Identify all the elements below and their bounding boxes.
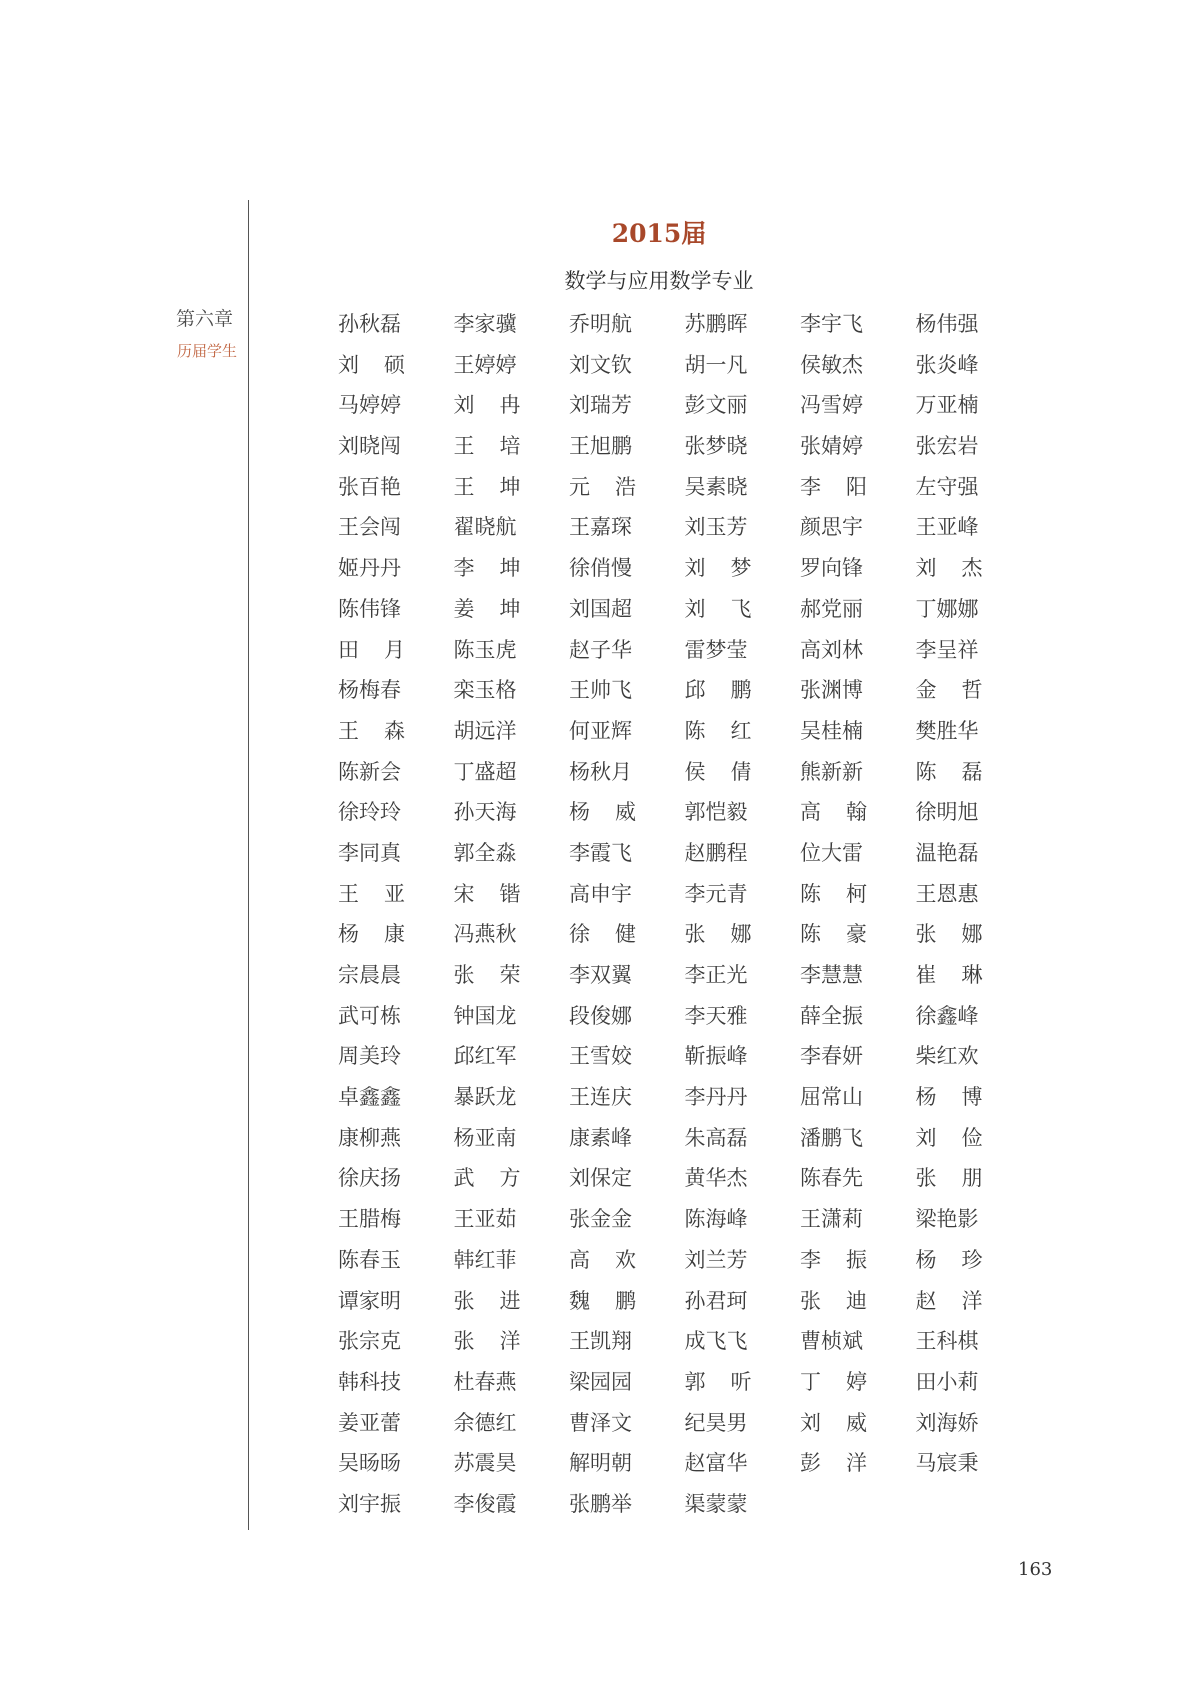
student-name: 颜思宇 bbox=[800, 512, 867, 553]
student-name: 张百艳 bbox=[338, 472, 405, 513]
student-name: 高翰 bbox=[800, 797, 867, 838]
student-name: 何亚辉 bbox=[569, 716, 636, 757]
student-name: 钟国龙 bbox=[454, 1001, 521, 1042]
student-name: 位大雷 bbox=[800, 838, 867, 879]
student-name: 杨梅春 bbox=[338, 675, 405, 716]
student-name: 李正光 bbox=[685, 960, 752, 1001]
student-name: 李家骥 bbox=[454, 309, 521, 350]
student-name: 李坤 bbox=[454, 553, 521, 594]
student-name: 宋锴 bbox=[454, 879, 521, 920]
student-name: 孙天海 bbox=[454, 797, 521, 838]
student-name: 崔琳 bbox=[916, 960, 983, 1001]
student-name: 陈玉虎 bbox=[454, 635, 521, 676]
student-name: 赵子华 bbox=[569, 635, 636, 676]
student-name: 李天雅 bbox=[685, 1001, 752, 1042]
student-name: 刘威 bbox=[800, 1408, 867, 1449]
student-name: 杜春燕 bbox=[454, 1367, 521, 1408]
student-name: 徐庆扬 bbox=[338, 1163, 405, 1204]
student-name: 乔明航 bbox=[569, 309, 636, 350]
student-name: 张炎峰 bbox=[916, 350, 983, 391]
student-name: 卓鑫鑫 bbox=[338, 1082, 405, 1123]
student-name: 李双翼 bbox=[569, 960, 636, 1001]
student-name: 杨博 bbox=[916, 1082, 983, 1123]
student-name: 徐俏慢 bbox=[569, 553, 636, 594]
chapter-label: 第六章 bbox=[176, 304, 244, 331]
student-name: 邱红军 bbox=[454, 1041, 521, 1082]
student-name: 张宏岩 bbox=[916, 431, 983, 472]
student-name: 温艳磊 bbox=[916, 838, 983, 879]
student-name: 李丹丹 bbox=[685, 1082, 752, 1123]
student-name: 侯倩 bbox=[685, 757, 752, 798]
student-name: 张娜 bbox=[916, 919, 983, 960]
student-name: 王森 bbox=[338, 716, 405, 757]
student-name: 李阳 bbox=[800, 472, 867, 513]
student-name: 康柳燕 bbox=[338, 1123, 405, 1164]
student-name: 刘宇振 bbox=[338, 1489, 405, 1530]
student-name: 邱鹏 bbox=[685, 675, 752, 716]
student-name: 王亚茹 bbox=[454, 1204, 521, 1245]
major-subtitle: 数学与应用数学专业 bbox=[0, 265, 1190, 295]
student-name-list: 孙秋磊李家骥乔明航苏鹏晖李宇飞杨伟强刘硕王婷婷刘文钦胡一凡侯敏杰张炎峰马婷婷刘冉… bbox=[338, 309, 1031, 1530]
student-name: 薛全振 bbox=[800, 1001, 867, 1042]
student-name: 罗向锋 bbox=[800, 553, 867, 594]
student-name: 徐玲玲 bbox=[338, 797, 405, 838]
student-name: 田小莉 bbox=[916, 1367, 983, 1408]
student-name: 黄华杰 bbox=[685, 1163, 752, 1204]
student-name: 李霞飞 bbox=[569, 838, 636, 879]
student-name: 胡远洋 bbox=[454, 716, 521, 757]
student-name: 刘海娇 bbox=[916, 1408, 983, 1449]
student-name: 姜坤 bbox=[454, 594, 521, 635]
student-name: 刘飞 bbox=[685, 594, 752, 635]
margin-rule bbox=[248, 200, 249, 1530]
student-name: 胡一凡 bbox=[685, 350, 752, 391]
student-name: 吴旸旸 bbox=[338, 1448, 405, 1489]
student-name: 郭恺毅 bbox=[685, 797, 752, 838]
student-name: 屈常山 bbox=[800, 1082, 867, 1123]
page-number: 163 bbox=[1018, 1559, 1052, 1580]
student-name: 成飞飞 bbox=[685, 1326, 752, 1367]
student-name: 张宗克 bbox=[338, 1326, 405, 1367]
student-name: 宗晨晨 bbox=[338, 960, 405, 1001]
student-name: 柴红欢 bbox=[916, 1041, 983, 1082]
student-name: 曹桢斌 bbox=[800, 1326, 867, 1367]
student-name: 张洋 bbox=[454, 1326, 521, 1367]
student-name: 苏震昊 bbox=[454, 1448, 521, 1489]
student-name: 武方 bbox=[454, 1163, 521, 1204]
student-name: 姜亚蕾 bbox=[338, 1408, 405, 1449]
student-name: 杨康 bbox=[338, 919, 405, 960]
student-name: 陈新会 bbox=[338, 757, 405, 798]
student-name: 苏鹏晖 bbox=[685, 309, 752, 350]
student-name: 万亚楠 bbox=[916, 390, 983, 431]
student-name: 杨珍 bbox=[916, 1245, 983, 1286]
student-name: 李同真 bbox=[338, 838, 405, 879]
student-name: 王腊梅 bbox=[338, 1204, 405, 1245]
student-name: 王婷婷 bbox=[454, 350, 521, 391]
student-name: 梁艳影 bbox=[916, 1204, 983, 1245]
student-name: 余德红 bbox=[454, 1408, 521, 1449]
student-name: 刘保定 bbox=[569, 1163, 636, 1204]
student-name: 刘兰芳 bbox=[685, 1245, 752, 1286]
student-name: 陈海峰 bbox=[685, 1204, 752, 1245]
student-name: 王潇莉 bbox=[800, 1204, 867, 1245]
student-name: 张婧婷 bbox=[800, 431, 867, 472]
student-name: 王会闯 bbox=[338, 512, 405, 553]
student-name: 王科棋 bbox=[916, 1326, 983, 1367]
student-name: 王嘉琛 bbox=[569, 512, 636, 553]
student-name: 冯雪婷 bbox=[800, 390, 867, 431]
student-name: 刘梦 bbox=[685, 553, 752, 594]
page-title: 2015届 bbox=[0, 214, 1190, 250]
student-name: 赵鹏程 bbox=[685, 838, 752, 879]
student-name: 郝党丽 bbox=[800, 594, 867, 635]
student-name: 李呈祥 bbox=[916, 635, 983, 676]
student-name: 樊胜华 bbox=[916, 716, 983, 757]
student-name: 马婷婷 bbox=[338, 390, 405, 431]
student-name: 刘俭 bbox=[916, 1123, 983, 1164]
student-name: 高刘林 bbox=[800, 635, 867, 676]
student-name: 元浩 bbox=[569, 472, 636, 513]
student-name: 康素峰 bbox=[569, 1123, 636, 1164]
student-name: 刘晓闯 bbox=[338, 431, 405, 472]
student-name: 武可栋 bbox=[338, 1001, 405, 1042]
student-name: 陈红 bbox=[685, 716, 752, 757]
student-name: 马宸秉 bbox=[916, 1448, 983, 1489]
student-name: 赵富华 bbox=[685, 1448, 752, 1489]
student-name: 金哲 bbox=[916, 675, 983, 716]
student-name: 纪昊男 bbox=[685, 1408, 752, 1449]
student-name: 刘瑞芳 bbox=[569, 390, 636, 431]
student-name: 刘冉 bbox=[454, 390, 521, 431]
student-name: 雷梦莹 bbox=[685, 635, 752, 676]
student-name: 王恩惠 bbox=[916, 879, 983, 920]
student-name: 李宇飞 bbox=[800, 309, 867, 350]
student-name: 高申宇 bbox=[569, 879, 636, 920]
student-name: 徐鑫峰 bbox=[916, 1001, 983, 1042]
student-name: 王亚峰 bbox=[916, 512, 983, 553]
student-name: 张娜 bbox=[685, 919, 752, 960]
student-name: 赵洋 bbox=[916, 1286, 983, 1327]
student-name: 张迪 bbox=[800, 1286, 867, 1327]
student-name: 渠蒙蒙 bbox=[685, 1489, 752, 1530]
student-name: 谭家明 bbox=[338, 1286, 405, 1327]
student-name: 王凯翔 bbox=[569, 1326, 636, 1367]
student-name: 王连庆 bbox=[569, 1082, 636, 1123]
student-name: 曹泽文 bbox=[569, 1408, 636, 1449]
student-name: 刘玉芳 bbox=[685, 512, 752, 553]
student-name: 梁园园 bbox=[569, 1367, 636, 1408]
student-name: 李慧慧 bbox=[800, 960, 867, 1001]
student-name: 靳振峰 bbox=[685, 1041, 752, 1082]
student-name: 孙君珂 bbox=[685, 1286, 752, 1327]
student-name: 郭听 bbox=[685, 1367, 752, 1408]
student-name: 李俊霞 bbox=[454, 1489, 521, 1530]
student-name: 段俊娜 bbox=[569, 1001, 636, 1042]
student-name: 刘文钦 bbox=[569, 350, 636, 391]
student-name: 暴跃龙 bbox=[454, 1082, 521, 1123]
student-name: 张渊博 bbox=[800, 675, 867, 716]
student-name: 彭文丽 bbox=[685, 390, 752, 431]
student-name: 王坤 bbox=[454, 472, 521, 513]
student-name: 侯敏杰 bbox=[800, 350, 867, 391]
student-name: 张荣 bbox=[454, 960, 521, 1001]
student-name: 李春妍 bbox=[800, 1041, 867, 1082]
student-name: 刘国超 bbox=[569, 594, 636, 635]
student-name: 王培 bbox=[454, 431, 521, 472]
student-name: 冯燕秋 bbox=[454, 919, 521, 960]
student-name: 刘杰 bbox=[916, 553, 983, 594]
student-name: 潘鹏飞 bbox=[800, 1123, 867, 1164]
student-name: 高欢 bbox=[569, 1245, 636, 1286]
student-name: 姬丹丹 bbox=[338, 553, 405, 594]
student-name: 左守强 bbox=[916, 472, 983, 513]
student-name: 张鹏举 bbox=[569, 1489, 636, 1530]
student-name: 陈春先 bbox=[800, 1163, 867, 1204]
student-name: 王帅飞 bbox=[569, 675, 636, 716]
student-name: 陈磊 bbox=[916, 757, 983, 798]
student-name: 解明朝 bbox=[569, 1448, 636, 1489]
student-name: 吴桂楠 bbox=[800, 716, 867, 757]
student-name: 吴素晓 bbox=[685, 472, 752, 513]
student-name: 丁盛超 bbox=[454, 757, 521, 798]
student-name: 张梦晓 bbox=[685, 431, 752, 472]
student-name: 陈伟锋 bbox=[338, 594, 405, 635]
student-name: 杨秋月 bbox=[569, 757, 636, 798]
section-label: 历届学生 bbox=[177, 340, 245, 361]
student-name: 翟晓航 bbox=[454, 512, 521, 553]
student-name: 周美玲 bbox=[338, 1041, 405, 1082]
student-name: 杨伟强 bbox=[916, 309, 983, 350]
student-name: 栾玉格 bbox=[454, 675, 521, 716]
student-name: 田月 bbox=[338, 635, 405, 676]
student-name: 杨威 bbox=[569, 797, 636, 838]
student-name: 彭洋 bbox=[800, 1448, 867, 1489]
student-name: 徐健 bbox=[569, 919, 636, 960]
student-name: 王亚 bbox=[338, 879, 405, 920]
student-name: 李元青 bbox=[685, 879, 752, 920]
student-name: 陈柯 bbox=[800, 879, 867, 920]
student-name: 王雪姣 bbox=[569, 1041, 636, 1082]
student-name: 李振 bbox=[800, 1245, 867, 1286]
student-name: 熊新新 bbox=[800, 757, 867, 798]
student-name: 郭全淼 bbox=[454, 838, 521, 879]
student-name: 魏鹏 bbox=[569, 1286, 636, 1327]
student-name: 王旭鹏 bbox=[569, 431, 636, 472]
student-name: 韩科技 bbox=[338, 1367, 405, 1408]
student-name: 张金金 bbox=[569, 1204, 636, 1245]
student-name: 张进 bbox=[454, 1286, 521, 1327]
student-name: 杨亚南 bbox=[454, 1123, 521, 1164]
student-name: 陈豪 bbox=[800, 919, 867, 960]
student-name: 朱高磊 bbox=[685, 1123, 752, 1164]
student-name: 韩红菲 bbox=[454, 1245, 521, 1286]
student-name: 张朋 bbox=[916, 1163, 983, 1204]
student-name: 丁娜娜 bbox=[916, 594, 983, 635]
student-name: 丁婷 bbox=[800, 1367, 867, 1408]
student-name: 孙秋磊 bbox=[338, 309, 405, 350]
student-name: 刘硕 bbox=[338, 350, 405, 391]
student-name: 徐明旭 bbox=[916, 797, 983, 838]
student-name: 陈春玉 bbox=[338, 1245, 405, 1286]
